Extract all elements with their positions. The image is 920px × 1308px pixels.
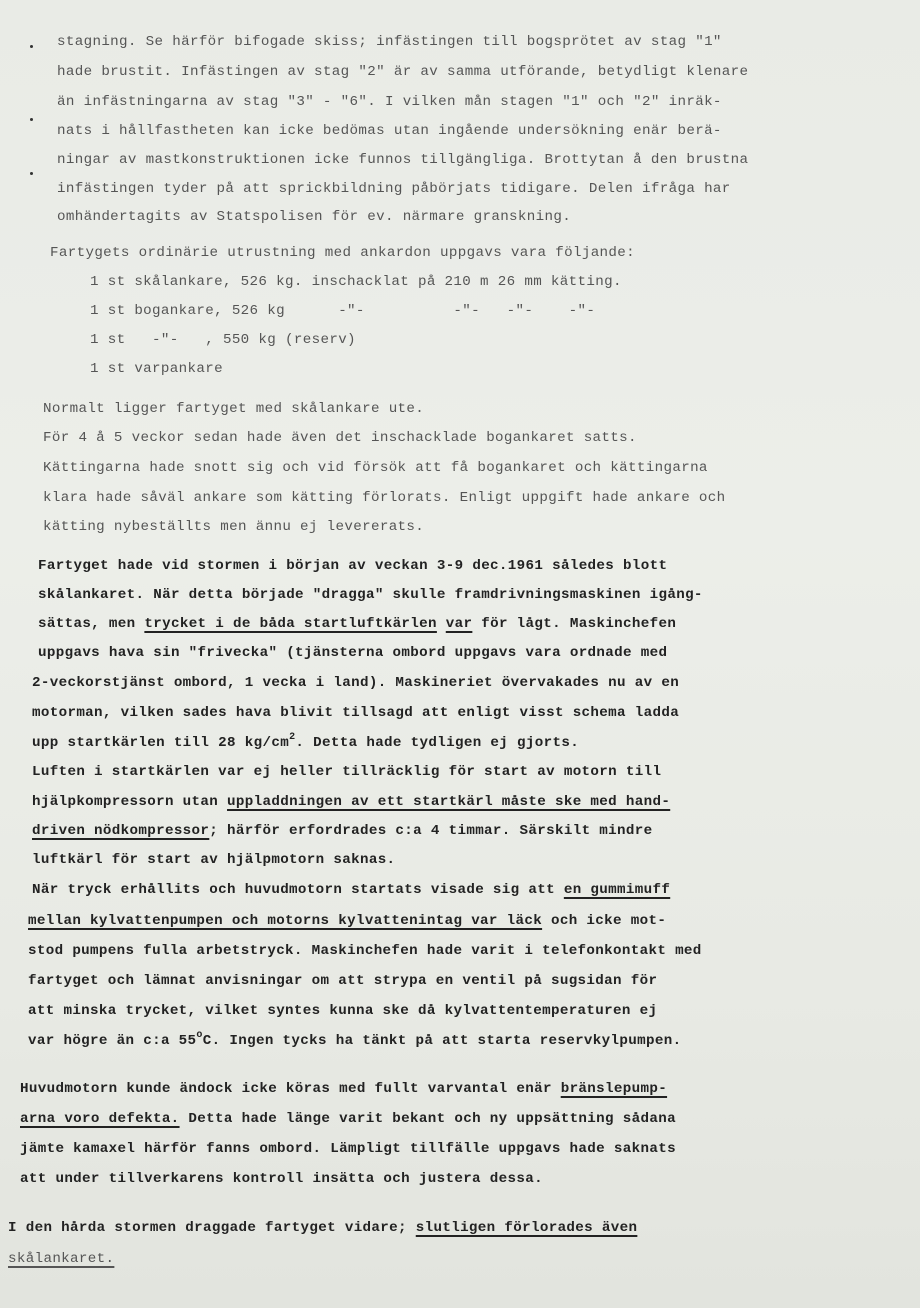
text-span: upp startkärlen till 28 kg/cm [32,735,289,751]
text-span: för lågt. Maskinchefen [472,616,676,632]
text-line: Normalt ligger fartyget med skålankare u… [43,400,424,418]
text-line: mellan kylvattenpumpen och motorns kylva… [28,912,666,930]
equipment-item: 1 st -"- , 550 kg (reserv) [90,331,356,349]
text-line: motorman, vilken sades hava blivit tills… [32,704,679,722]
underlined-text: var [446,616,473,632]
text-line: hade brustit. Infästingen av stag "2" är… [57,63,748,81]
text-span [437,616,446,632]
text-line: Kättingarna hade snott sig och vid försö… [43,459,708,477]
equipment-item: 1 st varpankare [90,360,223,378]
text-line: uppgavs hava sin "frivecka" (tjänsterna … [38,644,667,662]
underlined-text: arna voro defekta. [20,1111,180,1127]
text-line: jämte kamaxel härför fanns ombord. Lämpl… [20,1140,676,1158]
text-line: Luften i startkärlen var ej heller tillr… [32,763,661,781]
text-line: skålankaret. När detta började "dragga" … [38,586,703,604]
underlined-text: mellan kylvattenpumpen och motorns kylva… [28,913,542,929]
text-span: I den hårda stormen draggade fartyget vi… [8,1220,416,1236]
text-span: När tryck erhållits och huvudmotorn star… [32,882,564,898]
text-line: skålankaret. [8,1250,114,1268]
margin-mark [30,118,33,121]
text-span: C. Ingen tycks ha tänkt på att starta re… [203,1033,682,1049]
text-span: Detta hade länge varit bekant och ny upp… [180,1111,676,1127]
text-line: kätting nybeställts men ännu ej leverera… [43,518,424,536]
underlined-text: en gummimuff [564,882,670,898]
text-line: För 4 å 5 veckor sedan hade även det ins… [43,429,637,447]
text-line: fartyget och lämnat anvisningar om att s… [28,972,657,990]
text-line: nats i hållfastheten kan icke bedömas ut… [57,122,722,140]
text-line: stod pumpens fulla arbetstryck. Maskinch… [28,942,702,960]
margin-mark [30,45,33,48]
underlined-text: trycket i de båda startluftkärlen [144,616,437,632]
text-line: I den hårda stormen draggade fartyget vi… [8,1219,637,1237]
text-span: och icke mot- [542,913,666,929]
underlined-text: driven nödkompressor [32,823,209,839]
underlined-text: slutligen förlorades även [416,1220,638,1236]
text-line: upp startkärlen till 28 kg/cm2. Detta ha… [32,734,579,752]
text-line: 2-veckorstjänst ombord, 1 vecka i land).… [32,674,679,692]
typewritten-page: stagning. Se härför bifogade skiss; infä… [0,0,920,1308]
equipment-intro: Fartygets ordinärie utrustning med ankar… [50,244,635,262]
text-line: När tryck erhållits och huvudmotorn star… [32,881,670,899]
text-line: ningar av mastkonstruktionen icke funnos… [57,151,748,169]
text-line: Huvudmotorn kunde ändock icke köras med … [20,1080,667,1098]
margin-mark [30,172,33,175]
text-line: sättas, men trycket i de båda startluftk… [38,615,676,633]
underlined-text: bränslepump- [561,1081,667,1097]
text-span: . Detta hade tydligen ej gjorts. [295,735,579,751]
text-line: infästingen tyder på att sprickbildning … [57,180,731,198]
text-span: sättas, men [38,616,144,632]
text-span: var högre än c:a 55 [28,1033,196,1049]
text-line: hjälpkompressorn utan uppladdningen av e… [32,793,670,811]
text-span: Huvudmotorn kunde ändock icke köras med … [20,1081,561,1097]
text-line: stagning. Se härför bifogade skiss; infä… [57,33,722,51]
text-line: driven nödkompressor; härför erfordrades… [32,822,652,840]
text-line: klara hade såväl ankare som kätting förl… [43,489,726,507]
text-span: ; härför erfordrades c:a 4 timmar. Särsk… [209,823,652,839]
equipment-item: 1 st bogankare, 526 kg -"- -"- -"- -"- [90,302,595,320]
text-span: hjälpkompressorn utan [32,794,227,810]
text-line: var högre än c:a 55oC. Ingen tycks ha tä… [28,1032,681,1050]
text-line: Fartyget hade vid stormen i början av ve… [38,557,667,575]
underlined-text: skålankaret. [8,1251,114,1267]
text-line: att minska trycket, vilket syntes kunna … [28,1002,657,1020]
equipment-item: 1 st skålankare, 526 kg. inschacklat på … [90,273,622,291]
underlined-text: uppladdningen av ett startkärl måste ske… [227,794,670,810]
text-line: omhändertagits av Statspolisen för ev. n… [57,208,571,226]
text-line: än infästningarna av stag "3" - "6". I v… [57,93,722,111]
text-line: luftkärl för start av hjälpmotorn saknas… [32,851,395,869]
text-line: att under tillverkarens kontroll insätta… [20,1170,543,1188]
text-line: arna voro defekta. Detta hade länge vari… [20,1110,676,1128]
